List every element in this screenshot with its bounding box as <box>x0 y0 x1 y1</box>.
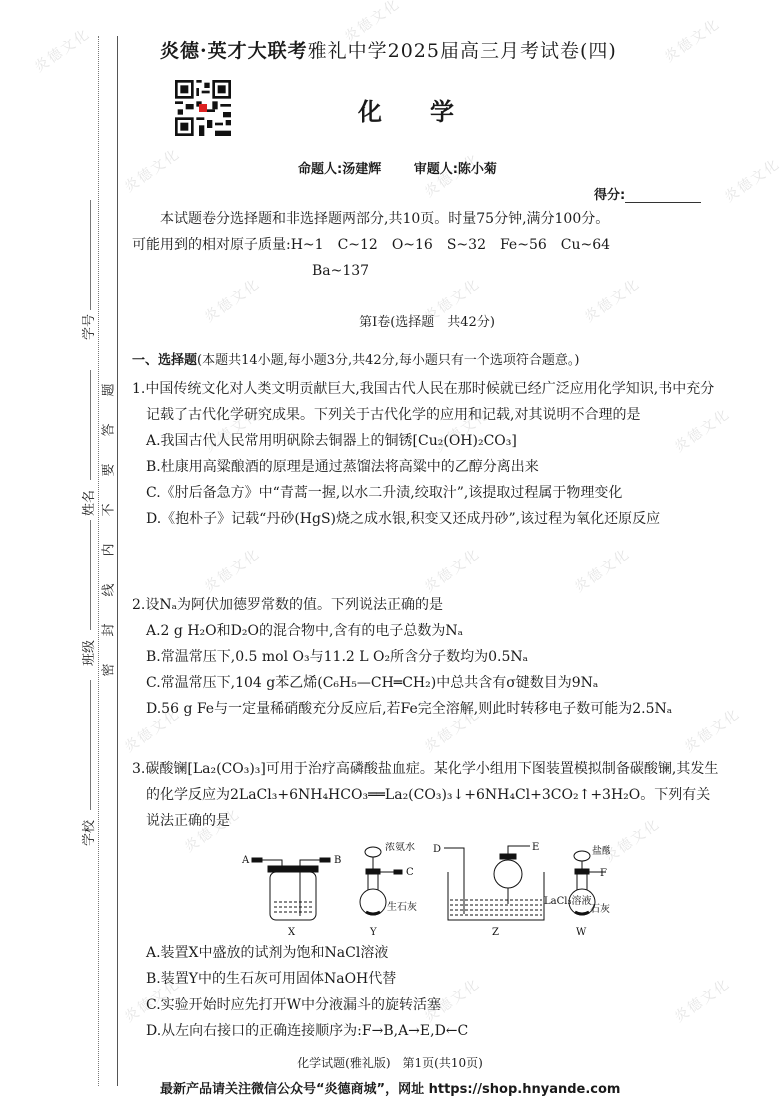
option-a: A.装置X中盛放的试剂为饱和NaCl溶液 <box>132 940 722 966</box>
svg-text:盐酸: 盐酸 <box>592 844 610 857</box>
exam-brand: 炎德·英才大联考 <box>160 40 308 62</box>
school-field[interactable]: 学校 <box>70 680 110 856</box>
seal-char: 封 <box>90 623 130 636</box>
qr-code-icon[interactable] <box>175 80 231 136</box>
section-label: 一、选择题 <box>132 353 197 368</box>
question-reviewer: 审题人:陈小菊 <box>414 162 497 177</box>
option-d: D.《抱朴子》记载“丹砂(HgS)烧之成水银,积变又还成丹砂”,该过程为氧化还原… <box>132 506 722 532</box>
option-b: B.杜康用高粱酿酒的原理是通过蒸馏法将高粱中的乙醇分离出来 <box>132 454 722 480</box>
student-id-underline <box>90 200 91 310</box>
intro-line: 本试题卷分选择题和非选择题两部分,共10页。时量75分钟,满分100分。 <box>132 206 722 232</box>
svg-text:C: C <box>406 867 414 878</box>
option-c: C.《肘后备急方》中“青蒿一握,以水二升渍,绞取汁”,该提取过程属于物理变化 <box>132 480 722 506</box>
watermark: 炎德文化 <box>200 543 264 596</box>
svg-text:A: A <box>241 855 250 866</box>
option-c: C.常温常压下,104 g苯乙烯(C₆H₅—CH═CH₂)中总共含有σ键数目为9… <box>132 670 722 696</box>
seal-char: 内 <box>90 543 130 556</box>
section-desc: (本题共14小题,每小题3分,共42分,每小题只有一个选项符合题意。) <box>197 353 579 368</box>
svg-text:浓氨水: 浓氨水 <box>385 842 415 853</box>
option-c: C.实验开始时应先打开W中分液漏斗的旋转活塞 <box>132 992 722 1018</box>
question-3-options: A.装置X中盛放的试剂为饱和NaCl溶液 B.装置Y中的生石灰可用固体NaOH代… <box>132 940 722 1044</box>
svg-text:D: D <box>433 844 441 855</box>
watermark: 炎德文化 <box>420 543 484 596</box>
seal-notice: 题 答 要 不 内 线 封 密 <box>103 370 116 690</box>
school-label: 学校 <box>81 813 99 853</box>
exam-title: 雅礼中学2025届高三月考试卷(四) <box>308 40 617 62</box>
score-blank[interactable] <box>625 190 701 203</box>
school-underline <box>90 680 91 810</box>
seal-char: 要 <box>90 463 130 476</box>
margin-solid-line <box>117 36 118 1086</box>
score-label: 得分: <box>594 188 625 203</box>
svg-text:石灰石: 石灰石 <box>590 902 610 915</box>
svg-text:X: X <box>288 927 296 937</box>
atomic-mass-line-2: Ba~137 <box>132 258 722 284</box>
authors-line: 命题人:汤建辉 审题人:陈小菊 <box>298 158 525 177</box>
part-title: 第Ⅰ卷(选择题 共42分) <box>132 310 722 336</box>
promo-line: 最新产品请关注微信公众号“炎德商城”，网址 https://shop.hnyan… <box>160 1078 620 1097</box>
question-1: 1.中国传统文化对人类文明贡献巨大,我国古代人民在那时候就已经广泛应用化学知识,… <box>132 376 722 532</box>
apparatus-y: 浓氨水 C 生石灰 Y <box>360 842 417 937</box>
seal-char: 题 <box>90 383 130 396</box>
question-stem: 1.中国传统文化对人类文明贡献巨大,我国古代人民在那时候就已经广泛应用化学知识,… <box>132 376 722 428</box>
svg-text:W: W <box>576 927 587 937</box>
exam-intro: 本试题卷分选择题和非选择题两部分,共10页。时量75分钟,满分100分。 可能用… <box>132 206 722 284</box>
seal-char: 答 <box>90 423 130 436</box>
student-id-field[interactable]: 学号 <box>70 200 110 344</box>
question-3: 3.碳酸镧[La₂(CO₃)₃]可用于治疗高磷酸盐血症。某化学小组用下图装置模拟… <box>132 756 722 834</box>
svg-text:Y: Y <box>369 927 377 937</box>
watermark: 炎德文化 <box>570 543 634 596</box>
apparatus-z: D E LaCl₃溶液 Z <box>433 842 591 937</box>
section-heading: 一、选择题(本题共14小题,每小题3分,共42分,每小题只有一个选项符合题意。) <box>132 348 722 374</box>
subject-title: 化学 <box>358 92 502 127</box>
watermark: 炎德文化 <box>660 13 724 66</box>
svg-text:B: B <box>334 855 341 866</box>
watermark: 炎德文化 <box>120 143 184 196</box>
svg-text:Z: Z <box>492 927 499 937</box>
svg-text:LaCl₃溶液: LaCl₃溶液 <box>544 894 591 907</box>
option-d: D.56 g Fe与一定量稀硝酸充分反应后,若Fe完全溶解,则此时转移电子数可能… <box>132 696 722 722</box>
svg-text:F: F <box>600 868 607 879</box>
page-number: 化学试题(雅礼版) 第1页(共10页) <box>297 1056 483 1070</box>
atomic-mass-line: 可能用到的相对原子质量:H~1 C~12 O~16 S~32 Fe~56 Cu~… <box>132 232 722 258</box>
option-a: A.我国古代人民常用明矾除去铜器上的铜锈[Cu₂(OH)₂CO₃] <box>132 428 722 454</box>
option-a: A.2 g H₂O和D₂O的混合物中,含有的电子总数为Nₐ <box>132 618 722 644</box>
question-2: 2.设Nₐ为阿伏加德罗常数的值。下列说法正确的是 A.2 g H₂O和D₂O的混… <box>132 592 722 722</box>
seal-char: 密 <box>90 663 130 676</box>
student-id-label: 学号 <box>81 307 99 347</box>
apparatus-w: 盐酸 F 石灰石 W <box>569 844 610 937</box>
option-b: B.常温常压下,0.5 mol O₃与11.2 L O₂所含分子数均为0.5Nₐ <box>132 644 722 670</box>
question-setter: 命题人:汤建辉 <box>298 162 381 177</box>
apparatus-diagram: A B X 浓氨水 C 生石灰 Y D E LaCl₃溶液 Z <box>230 842 610 937</box>
option-b: B.装置Y中的生石灰可用固体NaOH代替 <box>132 966 722 992</box>
exam-header: 炎德·英才大联考雅礼中学2025届高三月考试卷(四) <box>160 36 617 63</box>
seal-char: 线 <box>90 583 130 596</box>
option-d: D.从左向右接口的正确连接顺序为:F→B,A→E,D←C <box>132 1018 722 1044</box>
svg-text:E: E <box>532 842 539 853</box>
question-stem: 3.碳酸镧[La₂(CO₃)₃]可用于治疗高磷酸盐血症。某化学小组用下图装置模拟… <box>132 756 722 834</box>
apparatus-x: A B X <box>241 855 341 937</box>
seal-char: 不 <box>90 503 130 516</box>
score-field[interactable]: 得分: <box>594 184 701 203</box>
part-title-text: 第Ⅰ卷(选择题 共42分) <box>359 315 495 330</box>
watermark: 炎德文化 <box>720 153 780 206</box>
svg-text:生石灰: 生石灰 <box>387 900 417 913</box>
class-underline <box>90 520 91 630</box>
question-stem: 2.设Nₐ为阿伏加德罗常数的值。下列说法正确的是 <box>132 592 722 618</box>
page-footer: 化学试题(雅礼版) 第1页(共10页) <box>0 1054 780 1071</box>
watermark: 炎德文化 <box>30 23 94 76</box>
